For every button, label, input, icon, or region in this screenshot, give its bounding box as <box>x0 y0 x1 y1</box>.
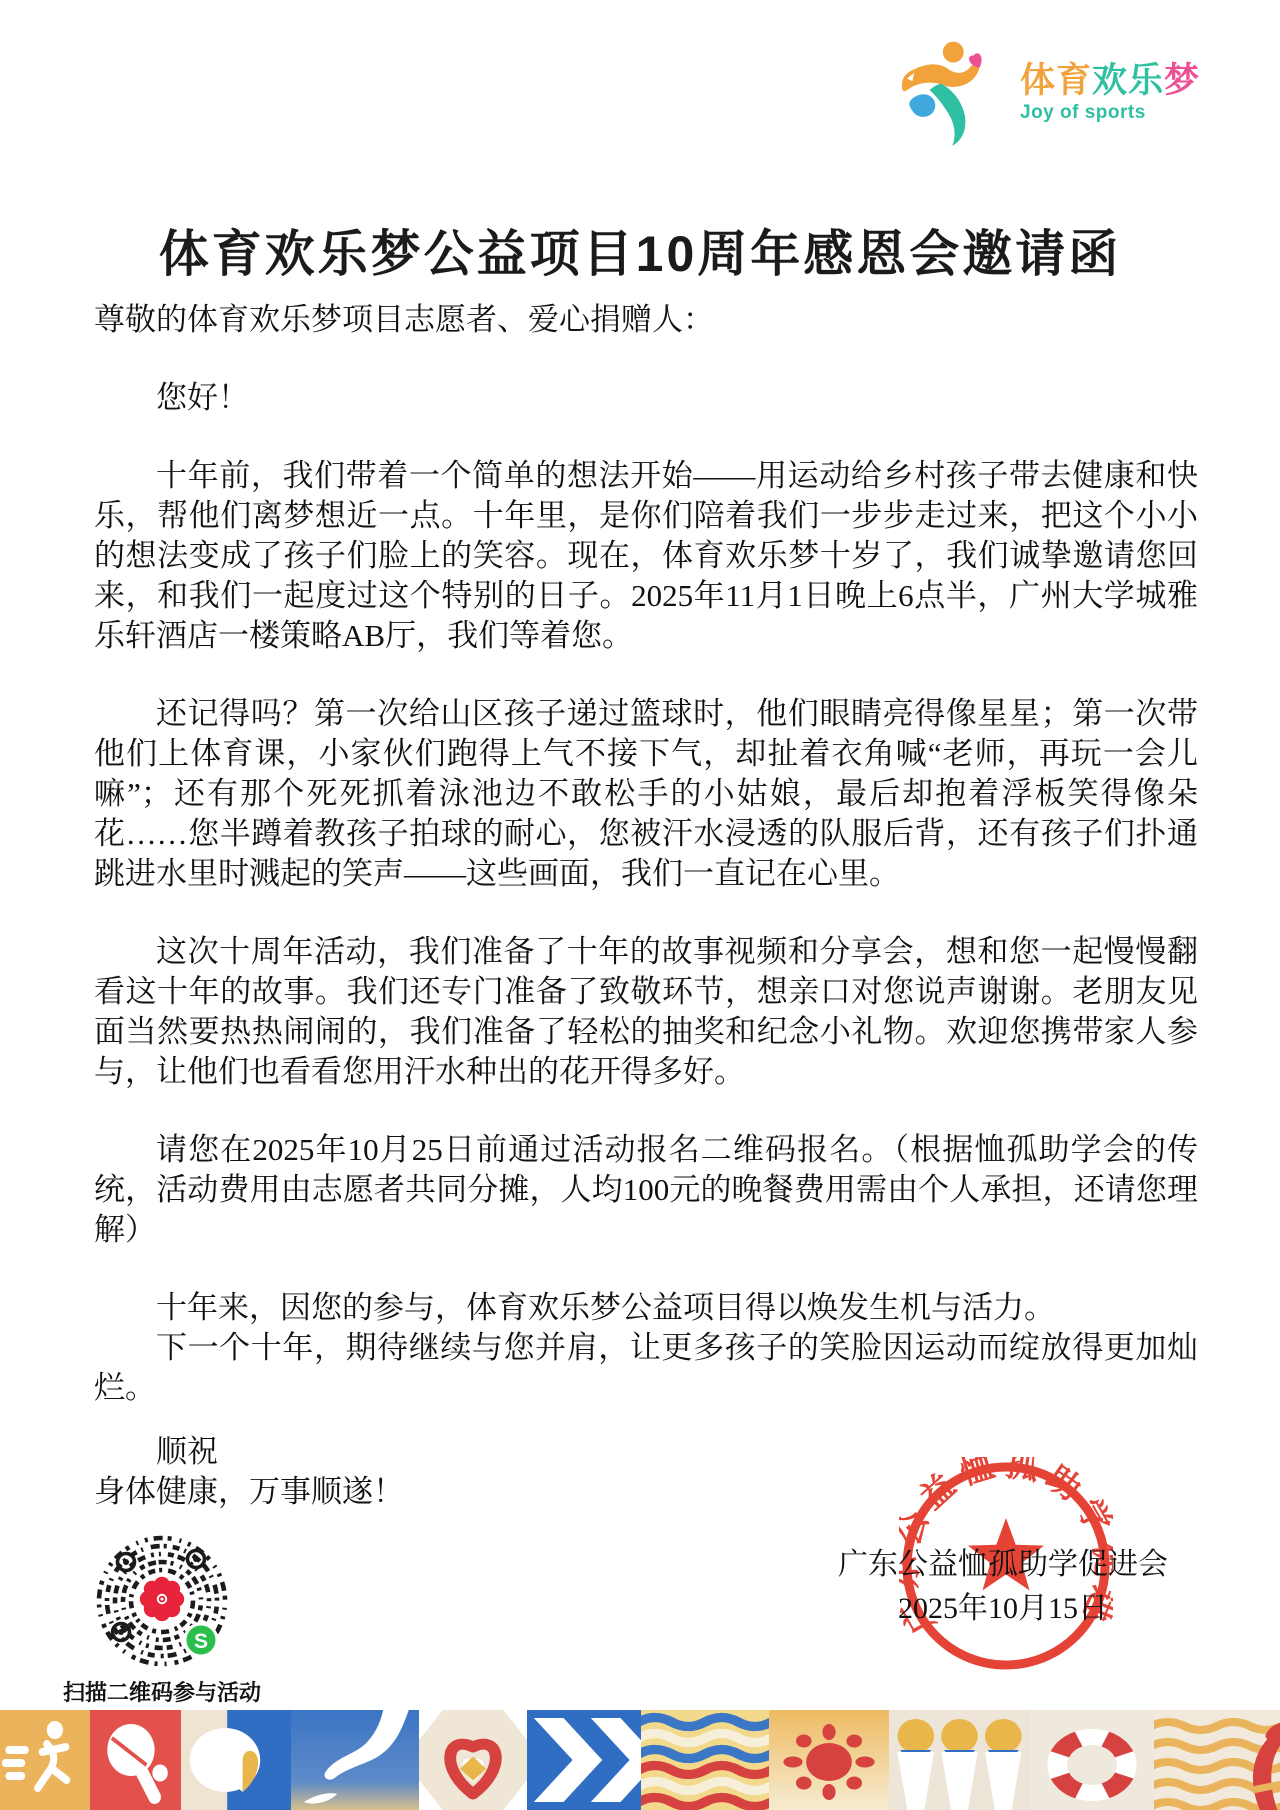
greeting: 您好！ <box>94 378 1198 418</box>
svg-text:S: S <box>194 1630 208 1653</box>
chevrons-icon <box>527 1710 641 1810</box>
decorative-banner <box>0 1710 1280 1810</box>
paragraph: 请您在2025年10月25日前通过活动报名二维码报名。（根据恤孤助学会的传统，活… <box>94 1130 1198 1250</box>
paragraph: 下一个十年，期待继续与您并肩，让更多孩子的笑脸因运动而绽放得更加灿烂。 <box>94 1328 1198 1408</box>
logo-text: 体育欢乐梦 Joy of sports <box>1020 63 1200 123</box>
signature-block: 广东公益恤孤助学促进会 2025年10月15日 <box>818 1543 1188 1631</box>
split-heart-icon <box>181 1710 291 1810</box>
joy-of-sports-logo-icon <box>896 34 996 152</box>
sun-icon <box>769 1710 889 1810</box>
paragraph: 十年前，我们带着一个简单的想法开始——用运动给乡村孩子带去健康和快乐，帮他们离梦… <box>94 456 1198 656</box>
arm-waves-icon <box>1154 1710 1280 1810</box>
lifebuoy-icon <box>1030 1710 1154 1810</box>
shuttlecocks-icon <box>889 1710 1030 1810</box>
heart-outline-icon <box>419 1710 527 1810</box>
table-tennis-icon <box>90 1710 181 1810</box>
reaching-hand-icon <box>291 1710 419 1810</box>
logo-zh-name: 体育欢乐梦 <box>1020 63 1200 100</box>
salutation: 尊敬的体育欢乐梦项目志愿者、爱心捐赠人： <box>94 300 1198 340</box>
logo: 体育欢乐梦 Joy of sports <box>896 34 1200 152</box>
waves-icon <box>641 1710 769 1810</box>
event-signup-qr-code: S <box>88 1528 236 1676</box>
qr-caption: 扫描二维码参与活动 <box>56 1676 268 1707</box>
letter-body: 尊敬的体育欢乐梦项目志愿者、爱心捐赠人： 您好！ 十年前，我们带着一个简单的想法… <box>94 300 1198 1512</box>
wechat-icon: S <box>185 1624 217 1656</box>
paragraph: 还记得吗？第一次给山区孩子递过篮球时，他们眼睛亮得像星星；第一次带他们上体育课，… <box>94 694 1198 894</box>
logo-en-tagline: Joy of sports <box>1020 103 1200 123</box>
page-title: 体育欢乐梦公益项目10周年感恩会邀请函 <box>0 214 1280 286</box>
logo-zh-part3: 梦 <box>1164 61 1200 100</box>
paragraph: 这次十周年活动，我们准备了十年的故事视频和分享会，想和您一起慢慢翻看这十年的故事… <box>94 932 1198 1092</box>
runner-icon <box>0 1710 90 1810</box>
logo-zh-part1: 体育 <box>1020 61 1092 100</box>
invitation-letter-page: 体育欢乐梦 Joy of sports 体育欢乐梦公益项目10周年感恩会邀请函 … <box>0 0 1280 1810</box>
logo-zh-part2: 欢乐 <box>1092 61 1164 100</box>
paragraph: 十年来，因您的参与，体育欢乐梦公益项目得以焕发生机与活力。 <box>94 1288 1198 1328</box>
signature-org: 广东公益恤孤助学促进会 <box>818 1543 1188 1587</box>
signature-date: 2025年10月15日 <box>818 1587 1188 1631</box>
